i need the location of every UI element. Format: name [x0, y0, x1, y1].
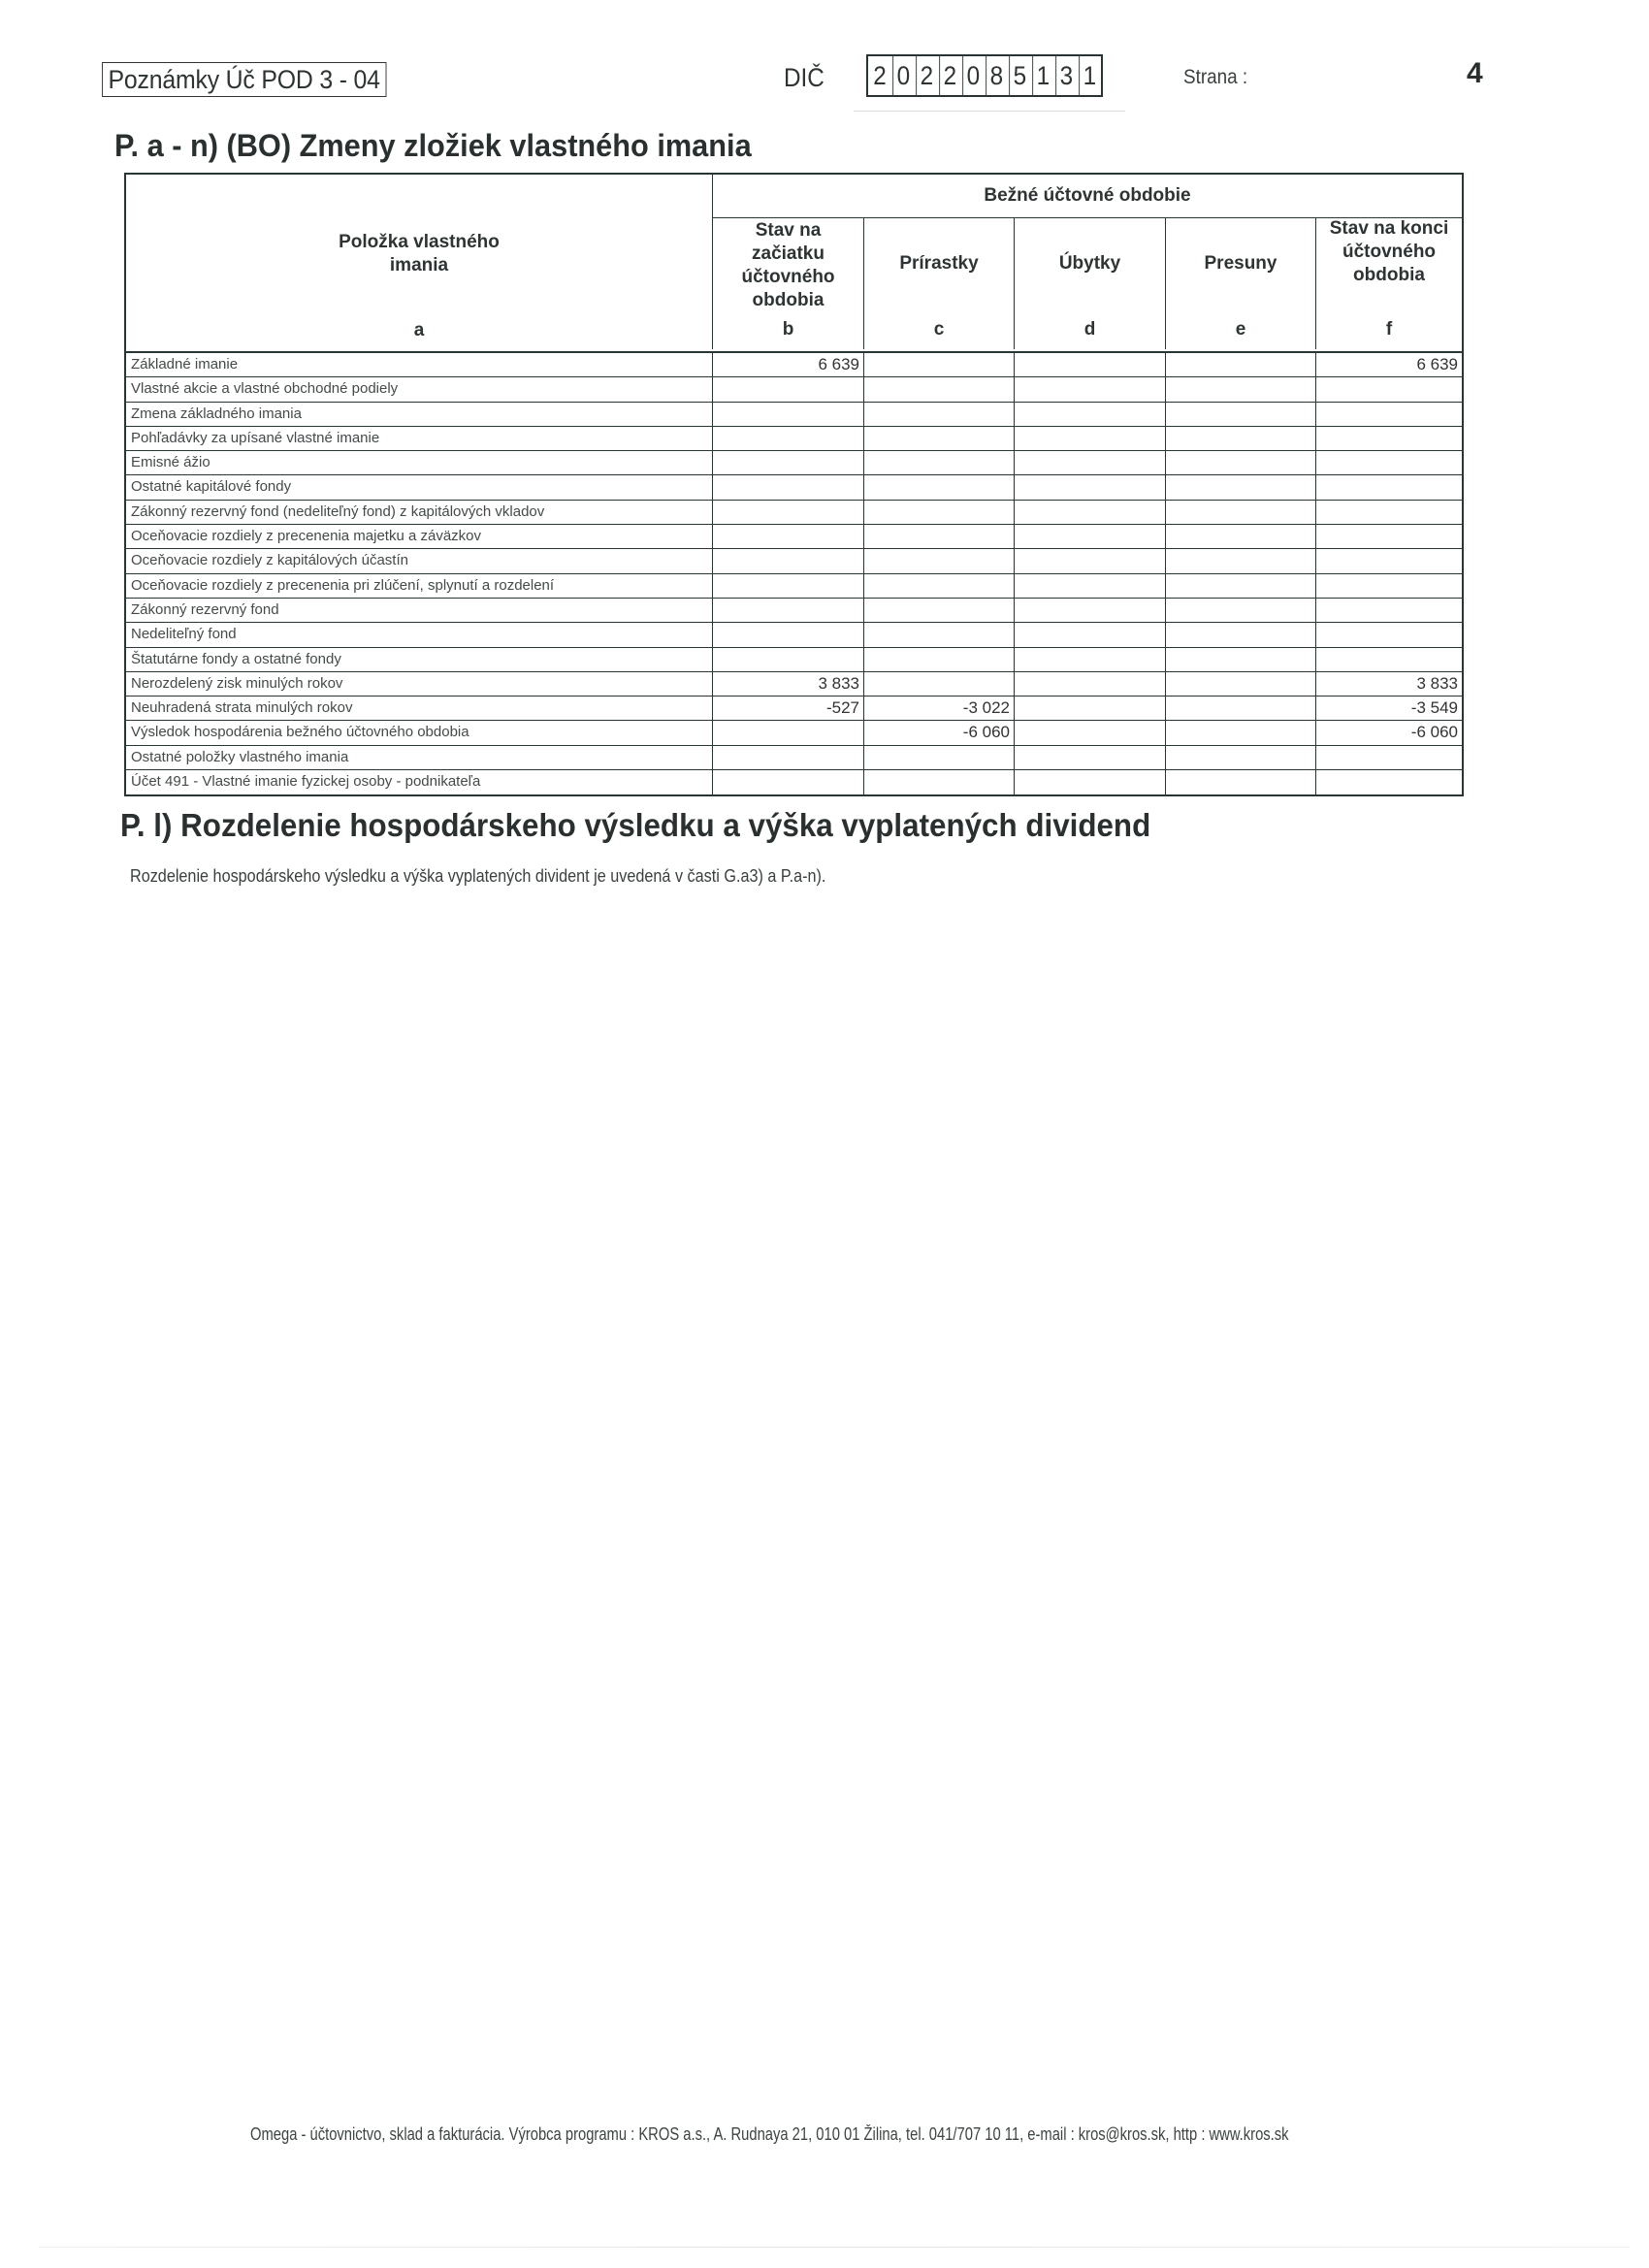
page-number: 4 [1467, 54, 1483, 93]
row-label: Oceňovacie rozdiely z precenenia majetku… [126, 525, 713, 548]
column-header-text: Stav na konci [1316, 217, 1462, 241]
table-row: Oceňovacie rozdiely z precenenia pri zlú… [126, 574, 1462, 599]
row-label: Pohľadávky za upísané vlastné imanie [126, 427, 713, 450]
footer-vendor-info: Omega - účtovnictvo, sklad a fakturácia.… [250, 2124, 1289, 2145]
dic-digit: 2 [916, 56, 937, 95]
cell-c [864, 451, 1015, 474]
table-row: Pohľadávky za upísané vlastné imanie [126, 427, 1462, 451]
cell-d [1015, 623, 1166, 646]
cell-c [864, 525, 1015, 548]
table-row: Nerozdelený zisk minulých rokov3 8333 83… [126, 672, 1462, 697]
table-row: Základné imanie6 6396 639 [126, 353, 1462, 377]
cell-c [864, 475, 1015, 499]
cell-d [1015, 574, 1166, 598]
profit-distribution-text: Rozdelenie hospodárskeho výsledku a výšk… [130, 866, 825, 887]
row-label: Štatutárne fondy a ostatné fondy [126, 648, 713, 671]
column-header-text: účtovného [713, 266, 863, 289]
cell-b [713, 770, 864, 794]
cell-b [713, 721, 864, 744]
table-row: Ostatné položky vlastného imania [126, 746, 1462, 770]
row-label: Účet 491 - Vlastné imanie fyzickej osoby… [126, 770, 713, 794]
scan-artifact-line [39, 2247, 1630, 2248]
cell-d [1015, 599, 1166, 622]
cell-d [1015, 451, 1166, 474]
cell-e [1166, 403, 1316, 426]
row-label: Vlastné akcie a vlastné obchodné podiely [126, 377, 713, 401]
cell-d [1015, 721, 1166, 744]
cell-f: -3 549 [1316, 697, 1462, 720]
column-header-text: Úbytky [1015, 252, 1165, 275]
column-header-text: Prírastky [864, 252, 1014, 275]
table-row: Ostatné kapitálové fondy [126, 475, 1462, 500]
table-row: Zmena základného imania [126, 403, 1462, 427]
cell-e [1166, 525, 1316, 548]
scan-artifact-line [854, 111, 1125, 112]
cell-d [1015, 770, 1166, 794]
cell-b [713, 549, 864, 572]
cell-b [713, 746, 864, 769]
cell-c [864, 623, 1015, 646]
cell-c [864, 746, 1015, 769]
cell-b [713, 427, 864, 450]
table-row: Výsledok hospodárenia bežného účtovného … [126, 721, 1462, 745]
cell-d [1015, 697, 1166, 720]
cell-e [1166, 746, 1316, 769]
table-header: Položka vlastného imania a Bežné účtovné… [126, 175, 1462, 353]
cell-f: 6 639 [1316, 353, 1462, 376]
column-letter-a: a [126, 320, 712, 341]
cell-c [864, 549, 1015, 572]
cell-f [1316, 746, 1462, 769]
cell-b [713, 377, 864, 401]
section-title-equity-changes: P. a - n) (BO) Zmeny zložiek vlastného i… [114, 128, 752, 164]
row-label: Zákonný rezervný fond (nedeliteľný fond)… [126, 501, 713, 524]
dic-digit: 3 [1055, 56, 1077, 95]
table-row: Oceňovacie rozdiely z kapitálových účast… [126, 549, 1462, 573]
dic-digit: 0 [962, 56, 984, 95]
cell-f: 3 833 [1316, 672, 1462, 696]
cell-e [1166, 475, 1316, 499]
column-header-text: účtovného [1316, 241, 1462, 264]
cell-c [864, 427, 1015, 450]
column-letter-c: c [864, 318, 1014, 341]
dic-digit: 8 [986, 56, 1007, 95]
cell-d [1015, 672, 1166, 696]
cell-c [864, 574, 1015, 598]
column-letter-e: e [1166, 318, 1315, 341]
cell-d [1015, 648, 1166, 671]
cell-b [713, 525, 864, 548]
table-row: Zákonný rezervný fond (nedeliteľný fond)… [126, 501, 1462, 525]
dic-digit: 2 [939, 56, 960, 95]
dic-digit: 1 [1079, 56, 1100, 95]
column-header-item-label: Položka vlastného imania [126, 231, 712, 277]
row-label: Zmena základného imania [126, 403, 713, 426]
row-label: Ostatné položky vlastného imania [126, 746, 713, 769]
cell-d [1015, 525, 1166, 548]
column-header-text: obdobia [1316, 264, 1462, 287]
row-label: Oceňovacie rozdiely z precenenia pri zlú… [126, 574, 713, 598]
dic-digit: 2 [869, 56, 890, 95]
cell-d [1015, 501, 1166, 524]
column-header-text: Presuny [1166, 252, 1315, 275]
cell-b: 3 833 [713, 672, 864, 696]
cell-f [1316, 623, 1462, 646]
cell-f [1316, 501, 1462, 524]
row-label: Zákonný rezervný fond [126, 599, 713, 622]
table-row: Vlastné akcie a vlastné obchodné podiely [126, 377, 1462, 402]
cell-f: -6 060 [1316, 721, 1462, 744]
column-header-e: Presunye [1166, 217, 1316, 349]
table-row: Zákonný rezervný fond [126, 599, 1462, 623]
dic-digit: 5 [1009, 56, 1030, 95]
column-group-header-current-period: Bežné účtovné obdobie [713, 175, 1462, 218]
column-header-b: Stav nazačiatkuúčtovnéhoobdobiab [713, 217, 864, 349]
cell-b: 6 639 [713, 353, 864, 376]
cell-b [713, 475, 864, 499]
cell-f [1316, 475, 1462, 499]
row-label: Nedeliteľný fond [126, 623, 713, 646]
column-letter-b: b [713, 318, 863, 341]
cell-c: -3 022 [864, 697, 1015, 720]
cell-f [1316, 770, 1462, 794]
cell-d [1015, 549, 1166, 572]
cell-b [713, 623, 864, 646]
cell-c [864, 599, 1015, 622]
column-header-f: Stav na konciúčtovnéhoobdobiaf [1316, 217, 1462, 349]
cell-d [1015, 475, 1166, 499]
cell-c: -6 060 [864, 721, 1015, 744]
cell-c [864, 770, 1015, 794]
equity-changes-table: Položka vlastného imania a Bežné účtovné… [124, 173, 1464, 796]
cell-c [864, 353, 1015, 376]
cell-e [1166, 353, 1316, 376]
cell-c [864, 377, 1015, 401]
cell-b [713, 599, 864, 622]
row-label: Emisné ážio [126, 451, 713, 474]
dic-digit: 0 [892, 56, 914, 95]
cell-b [713, 501, 864, 524]
cell-b [713, 648, 864, 671]
cell-c [864, 648, 1015, 671]
column-letter-d: d [1015, 318, 1165, 341]
page-label: Strana : [1183, 61, 1247, 94]
cell-f [1316, 574, 1462, 598]
cell-f [1316, 427, 1462, 450]
column-header-item: Položka vlastného imania a [126, 175, 713, 349]
cell-b [713, 574, 864, 598]
column-header-text: Stav na [713, 219, 863, 243]
cell-b [713, 403, 864, 426]
cell-e [1166, 599, 1316, 622]
cell-f [1316, 599, 1462, 622]
column-letter-f: f [1316, 318, 1462, 341]
cell-f [1316, 525, 1462, 548]
cell-e [1166, 501, 1316, 524]
cell-d [1015, 403, 1166, 426]
column-header-d: Úbytkyd [1015, 217, 1166, 349]
table-row: Emisné ážio [126, 451, 1462, 475]
cell-f [1316, 451, 1462, 474]
cell-f [1316, 377, 1462, 401]
cell-e [1166, 427, 1316, 450]
cell-f [1316, 648, 1462, 671]
cell-e [1166, 648, 1316, 671]
cell-e [1166, 770, 1316, 794]
cell-d [1015, 353, 1166, 376]
dic-label: DIČ [784, 60, 824, 95]
table-body: Základné imanie6 6396 639Vlastné akcie a… [126, 353, 1462, 794]
row-label: Základné imanie [126, 353, 713, 376]
cell-e [1166, 574, 1316, 598]
cell-e [1166, 623, 1316, 646]
cell-e [1166, 377, 1316, 401]
dic-number-boxes: 2022085131 [866, 54, 1103, 97]
table-row: Oceňovacie rozdiely z precenenia majetku… [126, 525, 1462, 549]
table-row: Štatutárne fondy a ostatné fondy [126, 648, 1462, 672]
cell-d [1015, 427, 1166, 450]
cell-f [1316, 403, 1462, 426]
cell-e [1166, 549, 1316, 572]
row-label: Výsledok hospodárenia bežného účtovného … [126, 721, 713, 744]
cell-c [864, 501, 1015, 524]
row-label: Nerozdelený zisk minulých rokov [126, 672, 713, 696]
cell-b [713, 451, 864, 474]
table-row: Neuhradená strata minulých rokov-527-3 0… [126, 697, 1462, 721]
cell-e [1166, 697, 1316, 720]
cell-e [1166, 451, 1316, 474]
section-title-profit-distribution: P. l) Rozdelenie hospodárskeho výsledku … [120, 807, 1150, 844]
column-header-c: Prírastkyc [864, 217, 1015, 349]
cell-b: -527 [713, 697, 864, 720]
dic-digit: 1 [1032, 56, 1053, 95]
form-code-badge: Poznámky Úč POD 3 - 04 [102, 62, 386, 97]
table-row: Nedeliteľný fond [126, 623, 1462, 647]
cell-c [864, 672, 1015, 696]
cell-d [1015, 377, 1166, 401]
row-label: Oceňovacie rozdiely z kapitálových účast… [126, 549, 713, 572]
column-header-text: obdobia [713, 289, 863, 312]
cell-f [1316, 549, 1462, 572]
row-label: Neuhradená strata minulých rokov [126, 697, 713, 720]
cell-e [1166, 721, 1316, 744]
row-label: Ostatné kapitálové fondy [126, 475, 713, 499]
table-row: Účet 491 - Vlastné imanie fyzickej osoby… [126, 770, 1462, 794]
cell-e [1166, 672, 1316, 696]
cell-c [864, 403, 1015, 426]
column-header-text: začiatku [713, 243, 863, 266]
cell-d [1015, 746, 1166, 769]
